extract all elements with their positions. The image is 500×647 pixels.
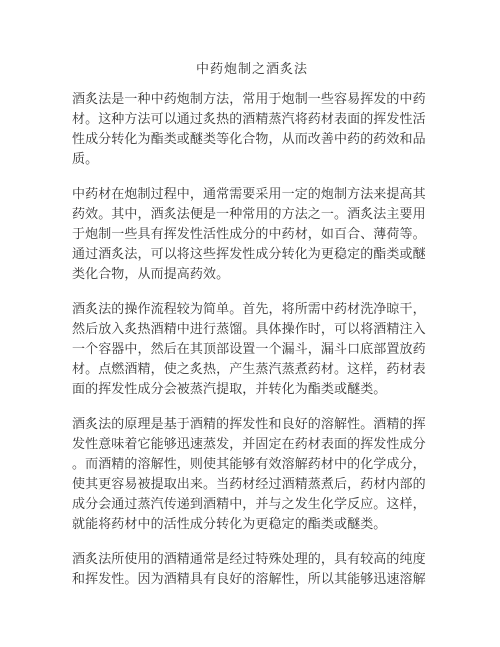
document-title: 中药炮制之酒炙法 <box>72 59 432 79</box>
document-content: 中药炮制之酒炙法 酒炙法是一种中药炮制方法，常用于炮制一些容易挥发的中药 材。这… <box>72 59 432 604</box>
paragraph-procedure: 酒炙法的操作流程较为简单。首先，将所需中药材洗净晾干， 然后放入炙热酒精中进行蒸… <box>72 299 432 399</box>
paragraph-usage: 中药材在炮制过程中，通常需要采用一定的炮制方法来提高其 药效。其中，酒炙法便是一… <box>72 184 432 284</box>
paragraph-principle: 酒炙法的原理是基于酒精的挥发性和良好的溶解性。酒精的挥 发性意味着它能够迅速蒸发… <box>72 414 432 534</box>
paragraph-intro: 酒炙法是一种中药炮制方法，常用于炮制一些容易挥发的中药 材。这种方法可以通过炙热… <box>72 89 432 169</box>
document-page: 中药炮制之酒炙法 酒炙法是一种中药炮制方法，常用于炮制一些容易挥发的中药 材。这… <box>0 0 500 647</box>
paragraph-alcohol: 酒炙法所使用的酒精通常是经过特殊处理的，具有较高的纯度 和挥发性。因为酒精具有良… <box>72 549 432 589</box>
